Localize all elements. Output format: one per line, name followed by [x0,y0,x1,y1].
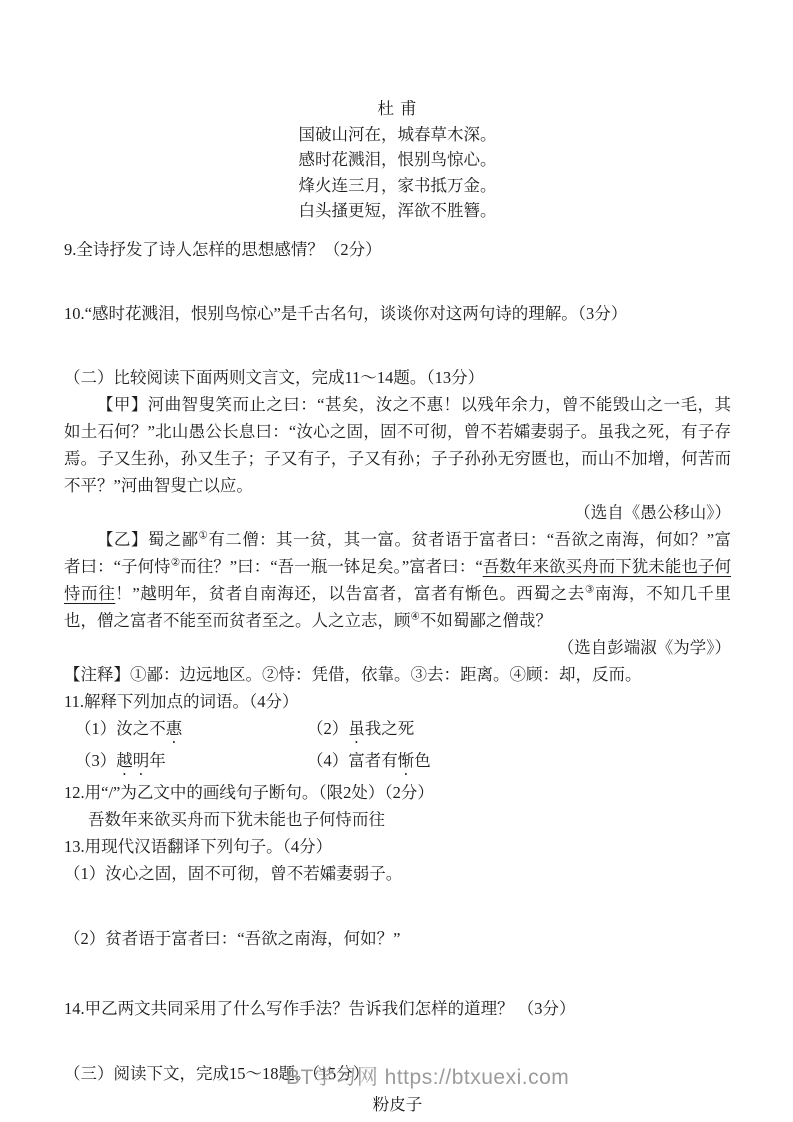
q11-item-1: （1）汝之不惠 [64,715,307,747]
q11-item-4-dotted: 惭 [398,751,415,770]
notes-line: 【注释】①鄙：边远地区。②恃：凭借，依靠。③去：距离。④顾：却，反而。 [64,661,731,688]
note-ref-1: ① [199,530,209,541]
yi-segment: 而往？”曰：“吾一瓶一钵足矣。”富者曰：“ [180,557,483,576]
poem-line: 感时花溅泪，恨别鸟惊心。 [64,147,731,173]
poem-author: 杜 甫 [64,96,731,122]
question-13-item-1: （1）汝心之固，固不可彻，曾不若孀妻弱子。 [64,860,731,887]
q11-item-1-label: （1） [75,719,116,738]
q11-item-4: （4）富者有惭色 [307,747,431,779]
q11-item-2: （2）虽我之死 [307,715,414,747]
note-ref-3: ③ [585,584,595,595]
question-11-row-2: （3）越明年 （4）富者有惭色 [64,747,731,779]
q11-item-4-pre: 富者有 [348,751,398,770]
q11-item-3-post: 年 [149,751,166,770]
section-2-heading: （二）比较阅读下面两则文言文，完成11～14题。（13分） [64,364,731,391]
q11-item-3: （3）越明年 [64,747,307,779]
question-10: 10.“感时花溅泪，恨别鸟惊心”是千古名句，谈谈你对这两句诗的理解。（3分） [64,300,731,327]
passage-yi-source: （选自彭端淑《为学》） [64,634,731,661]
question-11-row-1: （1）汝之不惠 （2）虽我之死 [64,715,731,747]
q11-item-3-label: （3） [75,751,116,770]
question-14: 14.甲乙两文共同采用了什么写作手法？告诉我们怎样的道理？ （3分） [64,995,731,1022]
yi-segment: ！”越明年，贫者自南海还，以告富者，富者有惭色。西蜀之去 [115,584,585,603]
poem-block: 杜 甫 国破山河在，城春草木深。 感时花溅泪，恨别鸟惊心。 烽火连三月，家书抵万… [64,96,731,224]
poem-line: 烽火连三月，家书抵万金。 [64,173,731,199]
section-3-title: 粉皮子 [64,1091,731,1118]
note-ref-4: ④ [411,611,420,622]
note-ref-2: ② [171,557,180,568]
q11-item-4-label: （4） [307,751,348,770]
passage-jia-source: （选自《愚公移山》） [64,499,731,526]
yi-segment: 不如蜀鄙之僧哉？ [420,611,552,630]
q11-item-2-dotted: 虽 [348,719,365,738]
site-watermark: BT学习网 https://btxuexi.com [286,1061,569,1091]
yi-segment: 【乙】蜀之鄙 [97,530,199,549]
question-11-stem: 11.解释下列加点的词语。（4分） [64,688,731,715]
q11-item-3-dotted: 越明 [116,751,149,770]
exam-page: 杜 甫 国破山河在，城春草木深。 感时花溅泪，恨别鸟惊心。 烽火连三月，家书抵万… [0,0,793,1118]
question-13-stem: 13.用现代汉语翻译下列句子。（4分） [64,833,731,860]
question-13-item-2: （2）贫者语于富者曰：“吾欲之南海，何如？” [64,925,731,952]
q11-item-4-post: 色 [414,751,431,770]
question-12-sentence: 吾数年来欲买舟而下犹未能也子何恃而往 [64,806,731,833]
q11-item-1-pre: 汝之不 [116,719,166,738]
passage-yi: 【乙】蜀之鄙①有二僧：其一贫，其一富。贫者语于富者曰：“吾欲之南海，何如？”富者… [64,526,731,634]
q11-item-2-post: 我之死 [365,719,415,738]
q11-item-1-dotted: 惠 [166,719,183,738]
question-9: 9.全诗抒发了诗人怎样的思想感情？（2分） [64,236,731,263]
q11-item-2-label: （2） [307,719,348,738]
passage-jia-text: 【甲】河曲智叟笑而止之曰：“甚矣，汝之不惠！以残年余力，曾不能毁山之一毛，其如土… [64,395,731,495]
passage-jia: 【甲】河曲智叟笑而止之曰：“甚矣，汝之不惠！以残年余力，曾不能毁山之一毛，其如土… [64,391,731,499]
poem-line: 白头搔更短，浑欲不胜簪。 [64,198,731,224]
poem-line: 国破山河在，城春草木深。 [64,122,731,148]
question-12-stem: 12.用“/”为乙文中的画线句子断句。（限2处）（2分） [64,779,731,806]
